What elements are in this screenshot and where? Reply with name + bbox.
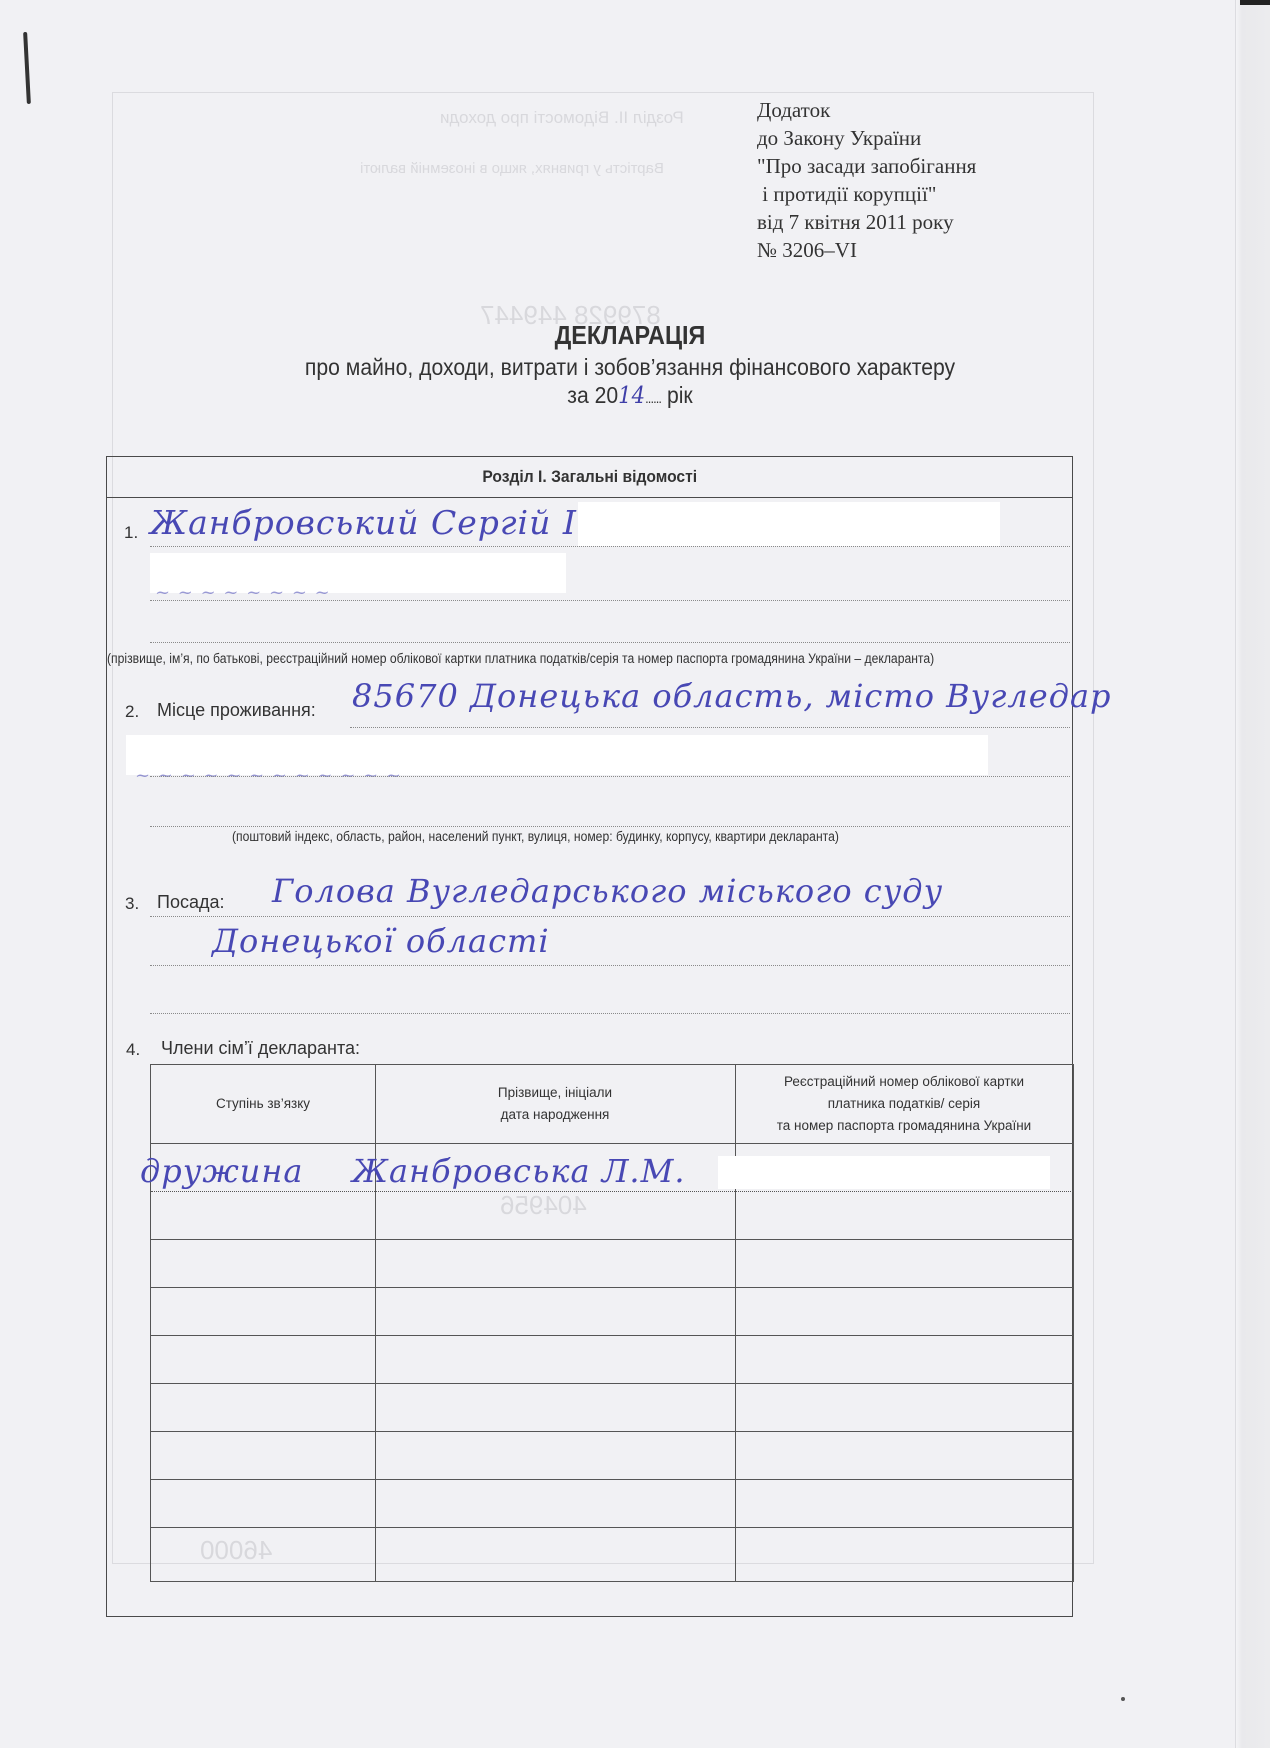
item-1-hint: (прізвище, ім’я, по батькові, реєстрацій… [107, 651, 934, 666]
item-3-number: 3. [125, 894, 139, 914]
bleed-through-text: Розділ ІІ. Відомості про доходи [440, 108, 684, 128]
appendix-line: "Про засади запобігання [757, 152, 976, 180]
header-text: платника податків/ серія [828, 1093, 981, 1115]
document-subtitle: про майно, доходи, витрати і зобов’язанн… [216, 353, 1044, 381]
item-4-number: 4. [126, 1040, 140, 1060]
year-prefix: за 20 [567, 382, 618, 408]
bleed-through-text: Вартість у гривнях, якщо в іноземній вал… [360, 160, 664, 177]
item-1-number: 1. [124, 523, 138, 543]
page-edge-dark-corner [1240, 0, 1270, 5]
page-edge-shadow [1235, 0, 1270, 1748]
item-3-label: Посада: [157, 892, 224, 913]
appendix-line: до Закону України [757, 124, 976, 152]
scan-speck [1121, 1697, 1125, 1701]
staple-mark [23, 32, 31, 104]
fill-line [350, 727, 1070, 728]
header-text: Реєстраційний номер облікової картки [784, 1071, 1024, 1093]
position-handwritten-line-1: Голова Вугледарського міського суду [272, 872, 943, 910]
appendix-line: і протидії корупції" [757, 180, 976, 208]
item-2-number: 2. [125, 702, 139, 722]
table-row-divider [151, 1239, 1073, 1240]
table-row-divider [151, 1143, 1073, 1144]
table-row-divider [151, 1527, 1073, 1528]
table-row-divider [151, 1335, 1073, 1336]
item-4-label: Члени сім’ї декларанта: [161, 1038, 360, 1059]
table-row-divider [151, 1431, 1073, 1432]
section-heading: Розділ І. Загальні відомості [107, 457, 1072, 498]
section-heading-text: Розділ І. Загальні відомості [482, 457, 697, 497]
residence-handwritten: 85670 Донецька область, місто Вугледар [352, 677, 1112, 715]
document-title: ДЕКЛАРАЦІЯ [225, 320, 1035, 351]
fill-line [150, 965, 1070, 966]
header-text: Ступінь зв’язку [216, 1093, 310, 1115]
fill-line [150, 546, 1070, 547]
year-suffix: рік [667, 382, 693, 408]
table-row-divider [151, 1191, 1073, 1192]
declaration-title-block: ДЕКЛАРАЦІЯ про майно, доходи, витрати і … [180, 320, 1080, 412]
redaction-block [578, 502, 1000, 546]
table-header-id: Реєстраційний номер облікової картки пла… [735, 1065, 1073, 1143]
fill-line [150, 600, 1070, 601]
year-handwritten: 14 [618, 383, 645, 409]
header-text: та номер паспорта громадянина України [777, 1115, 1031, 1137]
fill-line [150, 776, 1070, 777]
table-row-divider [151, 1287, 1073, 1288]
appendix-reference: Додаток до Закону України "Про засади за… [757, 96, 976, 264]
header-text: Прізвище, ініціали [498, 1082, 612, 1104]
table-row-1-name: Жанбровська Л.М. [352, 1152, 686, 1190]
declaration-year-line: за 2014...... рік [216, 381, 1044, 412]
table-row-divider [151, 1383, 1073, 1384]
fill-line [150, 916, 1070, 917]
item-2-hint: (поштовий індекс, область, район, населе… [232, 829, 839, 844]
appendix-line: від 7 квітня 2011 року [757, 208, 976, 236]
appendix-line: № 3206–VI [757, 236, 976, 264]
fill-line [150, 1013, 1070, 1014]
fill-line [150, 642, 1070, 643]
table-header-name: Прізвище, ініціали дата народження [375, 1065, 735, 1143]
header-text: дата народження [501, 1104, 610, 1126]
table-row-1-relation: дружина [140, 1152, 303, 1190]
year-fill-dots: ...... [645, 390, 661, 406]
position-handwritten-line-2: Донецької області [212, 922, 550, 960]
redaction-block [718, 1156, 1050, 1189]
item-2-label: Місце проживання: [157, 700, 316, 721]
table-header-relation: Ступінь зв’язку [151, 1065, 375, 1143]
family-members-table: Ступінь зв’язку Прізвище, ініціали дата … [150, 1064, 1074, 1582]
fill-line [150, 826, 1070, 827]
table-row-divider [151, 1479, 1073, 1480]
appendix-line: Додаток [757, 96, 976, 124]
